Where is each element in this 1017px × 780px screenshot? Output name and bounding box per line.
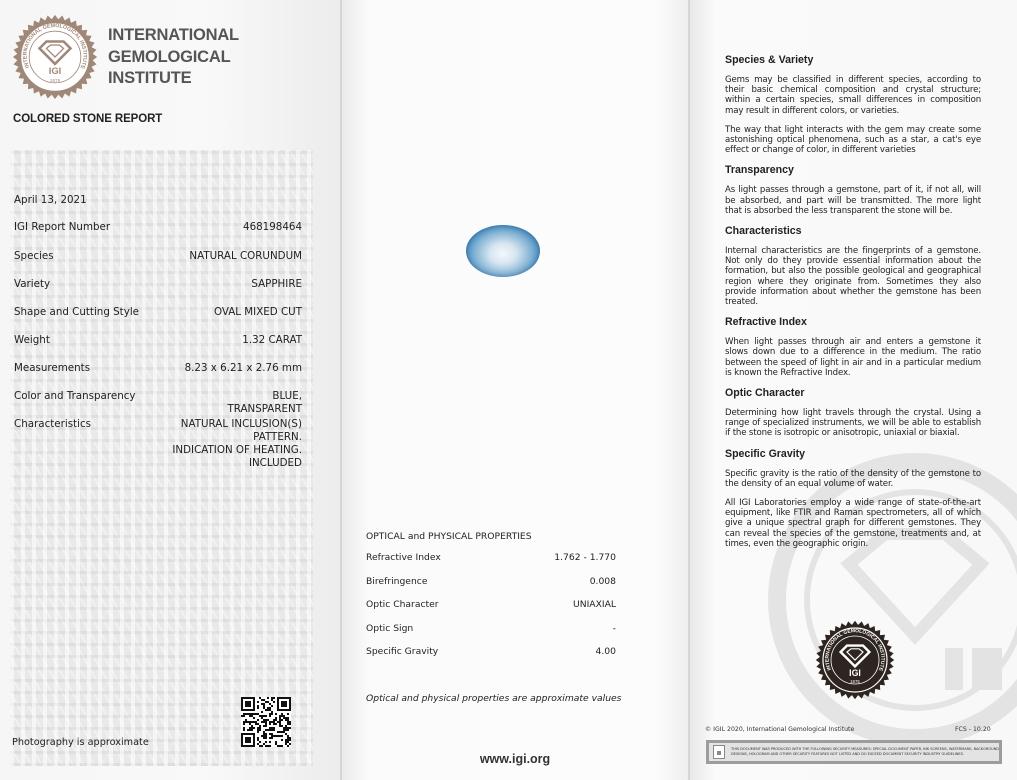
report-field: SpeciesNATURAL CORUNDUM (14, 250, 302, 263)
report-field: VarietySAPPHIRE (14, 278, 302, 291)
optical-row: Refractive Index1.762 - 1.770 (366, 552, 616, 563)
optical-label: Birefringence (366, 576, 427, 587)
section-paragraph: Specific gravity is the ratio of the den… (725, 469, 981, 489)
section-heading: Transparency (725, 164, 981, 176)
glossary-section: Optic CharacterDetermining how light tra… (725, 387, 981, 439)
field-label: Variety (14, 278, 50, 291)
section-paragraph: The way that light interacts with the ge… (725, 125, 981, 156)
report-field: IGI Report Number468198464 (14, 221, 302, 234)
field-label: Weight (14, 334, 50, 347)
optical-value: - (613, 623, 616, 634)
field-value: 1.32 CARAT (242, 334, 302, 347)
optical-disclaimer: Optical and physical properties are appr… (366, 693, 621, 704)
field-value: NATURAL INCLUSION(S)PATTERN.INDICATION O… (172, 418, 302, 470)
field-value: SAPPHIRE (251, 278, 302, 291)
security-text: THIS DOCUMENT WAS PRODUCED WITH THE FOLL… (731, 747, 999, 757)
section-paragraph: As light passes through a gemstone, part… (725, 185, 981, 216)
optical-label: Refractive Index (366, 552, 441, 563)
section-heading: Refractive Index (725, 316, 981, 328)
field-label: Characteristics (14, 418, 91, 470)
fold-line (688, 0, 690, 780)
optical-row: Optic Sign- (366, 623, 616, 634)
svg-text:IGI: IGI (849, 668, 861, 678)
optical-value: 0.008 (590, 576, 616, 587)
section-paragraph: Internal characteristics are the fingerp… (725, 246, 981, 307)
field-label: IGI Report Number (14, 221, 110, 234)
optical-label: Optic Sign (366, 623, 413, 634)
glossary-section: Specific GravitySpecific gravity is the … (725, 448, 981, 549)
optical-value: 4.00 (596, 646, 616, 657)
form-code: FCS - 10.20 (955, 726, 991, 733)
website-link[interactable]: www.igi.org (341, 752, 689, 766)
optical-title: OPTICAL and PHYSICAL PROPERTIES (366, 531, 532, 542)
section-paragraph: All IGI Laboratories employ a wide range… (725, 498, 981, 549)
field-value: 8.23 x 6.21 x 2.76 mm (185, 362, 302, 375)
svg-text:IGI: IGI (49, 66, 62, 77)
svg-text:1975: 1975 (850, 679, 860, 684)
photo-disclaimer: Photography is approximate (12, 737, 149, 748)
glossary-section: Refractive IndexWhen light passes throug… (725, 316, 981, 378)
gemstone-photo (466, 225, 540, 277)
section-heading: Characteristics (725, 225, 981, 237)
security-notice: THIS DOCUMENT WAS PRODUCED WITH THE FOLL… (706, 740, 1002, 764)
igi-seal-logo: INTERNATIONAL GEMOLOGICAL INSTITUTEIGI19… (12, 14, 98, 100)
fold-line (340, 0, 342, 780)
section-paragraph: Determining how light travels through th… (725, 408, 981, 439)
field-label: Measurements (14, 362, 90, 375)
section-heading: Specific Gravity (725, 448, 981, 460)
svg-text:1975: 1975 (50, 78, 61, 84)
field-value: OVAL MIXED CUT (214, 306, 302, 319)
report-field: Weight1.32 CARAT (14, 334, 302, 347)
field-value: 468198464 (243, 221, 302, 234)
report-field: Shape and Cutting StyleOVAL MIXED CUT (14, 306, 302, 319)
report-date: April 13, 2021 (14, 194, 87, 206)
qr-code[interactable] (241, 697, 291, 747)
optical-value: 1.762 - 1.770 (554, 552, 616, 563)
lock-document-icon (713, 745, 725, 759)
section-paragraph: When light passes through air and enters… (725, 337, 981, 378)
optical-row: Specific Gravity4.00 (366, 646, 616, 657)
field-value: BLUE,TRANSPARENT (227, 390, 302, 416)
glossary-section: CharacteristicsInternal characteristics … (725, 225, 981, 307)
field-label: Species (14, 250, 54, 263)
optical-label: Optic Character (366, 599, 439, 610)
igi-seal-dark-logo: INTERNATIONAL GEMOLOGICAL INSTITUTEIGI19… (815, 620, 895, 700)
optical-label: Specific Gravity (366, 646, 438, 657)
field-value: NATURAL CORUNDUM (189, 250, 302, 263)
optical-row: Optic CharacterUNIAXIAL (366, 599, 616, 610)
optical-row: Birefringence0.008 (366, 576, 616, 587)
field-label: Color and Transparency (14, 390, 135, 416)
optical-value: UNIAXIAL (573, 599, 616, 610)
section-paragraph: Gems may be classified in different spec… (725, 75, 981, 116)
gem-panel (341, 0, 689, 780)
copyright: © IGIL 2020, International Gemological I… (705, 726, 854, 733)
section-heading: Optic Character (725, 387, 981, 399)
brand-name: INTERNATIONAL GEMOLOGICAL INSTITUTE (108, 25, 239, 90)
field-label: Shape and Cutting Style (14, 306, 139, 319)
report-field: CharacteristicsNATURAL INCLUSION(S)PATTE… (14, 418, 302, 470)
report-title: COLORED STONE REPORT (13, 113, 162, 125)
glossary: Species & VarietyGems may be classified … (725, 54, 981, 558)
glossary-section: TransparencyAs light passes through a ge… (725, 164, 981, 216)
report-field: Color and TransparencyBLUE,TRANSPARENT (14, 390, 302, 416)
glossary-section: Species & VarietyGems may be classified … (725, 54, 981, 155)
report-field: Measurements8.23 x 6.21 x 2.76 mm (14, 362, 302, 375)
section-heading: Species & Variety (725, 54, 981, 66)
